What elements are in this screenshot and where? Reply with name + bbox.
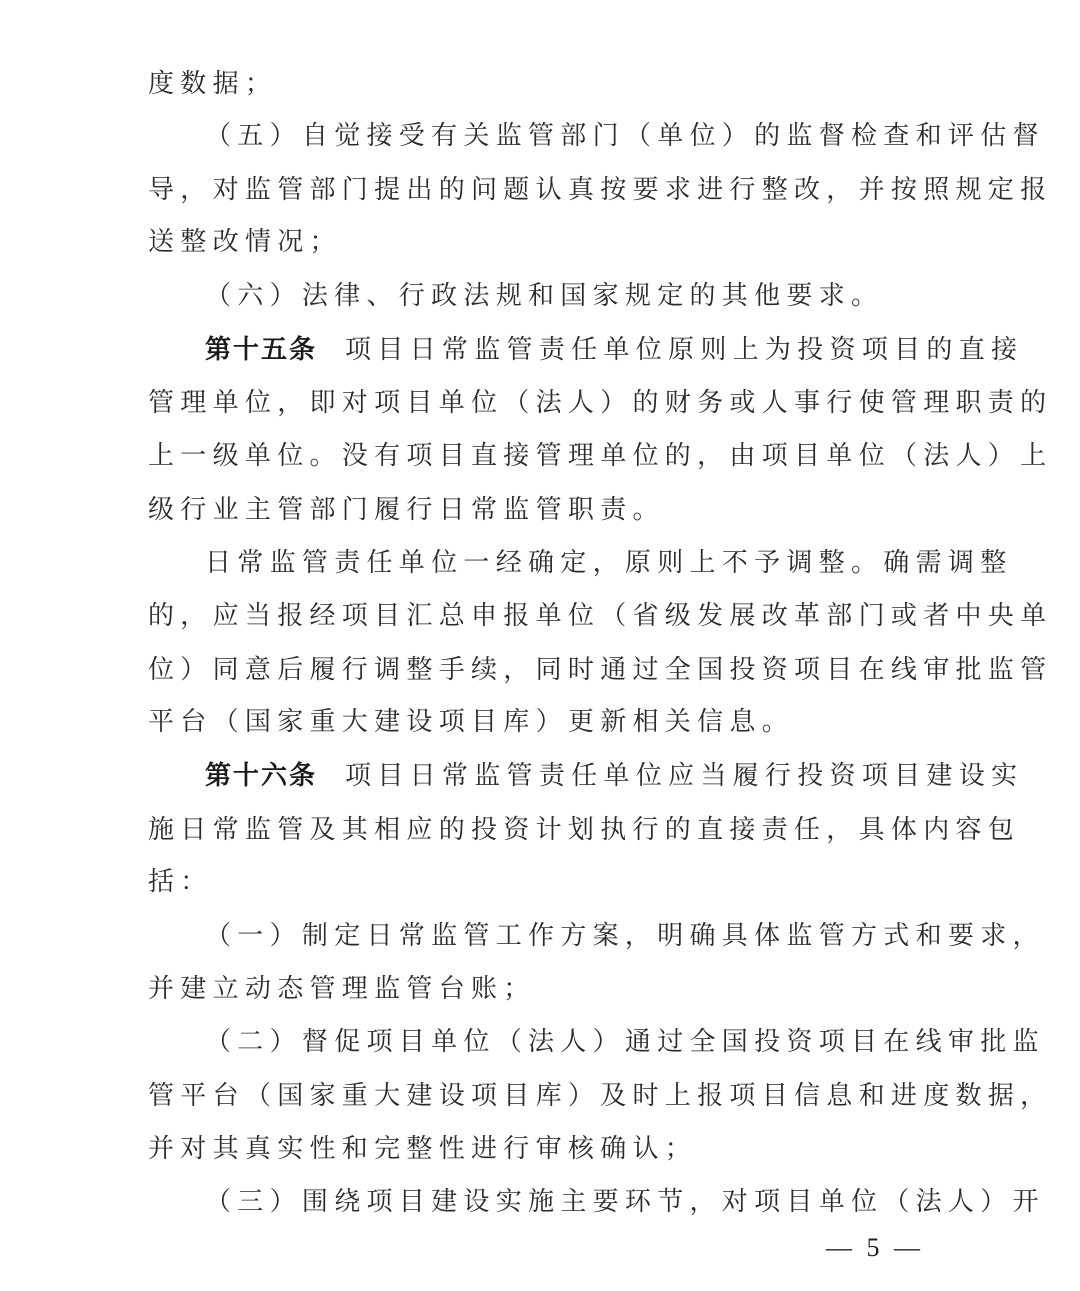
text-line: （一）制定日常监管工作方案，明确具体监管方式和要求， — [205, 916, 938, 956]
text-line: 并对其真实性和完整性进行审核确认； — [148, 1129, 938, 1169]
article-16-heading: 第十六条 — [205, 761, 317, 791]
text-line: （三）围绕项目建设实施主要环节，对项目单位（法人）开 — [205, 1182, 938, 1222]
text-span: 项目日常监管责任单位原则上为投资项目的直接 — [345, 335, 1023, 365]
text-line: 管平台（国家重大建设项目库）及时上报项目信息和进度数据， — [148, 1076, 938, 1116]
article-16-first-line: 第十六条项目日常监管责任单位应当履行投资项目建设实 — [205, 756, 938, 796]
text-line: 位）同意后履行调整手续，同时通过全国投资项目在线审批监管 — [148, 650, 938, 690]
text-line: 施日常监管及其相应的投资计划执行的直接责任，具体内容包 — [148, 810, 938, 850]
text-line: 导，对监管部门提出的问题认真按要求进行整改，并按照规定报 — [148, 170, 938, 210]
text-line: 括： — [148, 862, 938, 902]
text-line: 的，应当报经项目汇总申报单位（省级发展改革部门或者中央单 — [148, 596, 938, 636]
text-line: 级行业主管部门履行日常监管职责。 — [148, 490, 938, 530]
text-line: （五）自觉接受有关监管部门（单位）的监督检查和评估督 — [205, 116, 938, 156]
text-line: 并建立动态管理监管台账； — [148, 969, 938, 1009]
text-line: （二）督促项目单位（法人）通过全国投资项目在线审批监 — [205, 1022, 938, 1062]
text-span: 项目日常监管责任单位应当履行投资项目建设实 — [345, 761, 1023, 791]
article-15-first-line: 第十五条项目日常监管责任单位原则上为投资项目的直接 — [205, 330, 938, 370]
article-15-heading: 第十五条 — [205, 335, 317, 365]
text-line: 送整改情况； — [148, 222, 938, 262]
text-line: 管理单位，即对项目单位（法人）的财务或人事行使管理职责的 — [148, 383, 938, 423]
text-line: 度数据； — [148, 64, 938, 104]
text-line: 平台（国家重大建设项目库）更新相关信息。 — [148, 702, 938, 742]
text-line: （六）法律、行政法规和国家规定的其他要求。 — [205, 276, 938, 316]
page-number: — 5 — — [826, 1228, 924, 1268]
text-line: 上一级单位。没有项目直接管理单位的，由项目单位（法人）上 — [148, 436, 938, 476]
text-line: 日常监管责任单位一经确定，原则上不予调整。确需调整 — [205, 543, 938, 583]
